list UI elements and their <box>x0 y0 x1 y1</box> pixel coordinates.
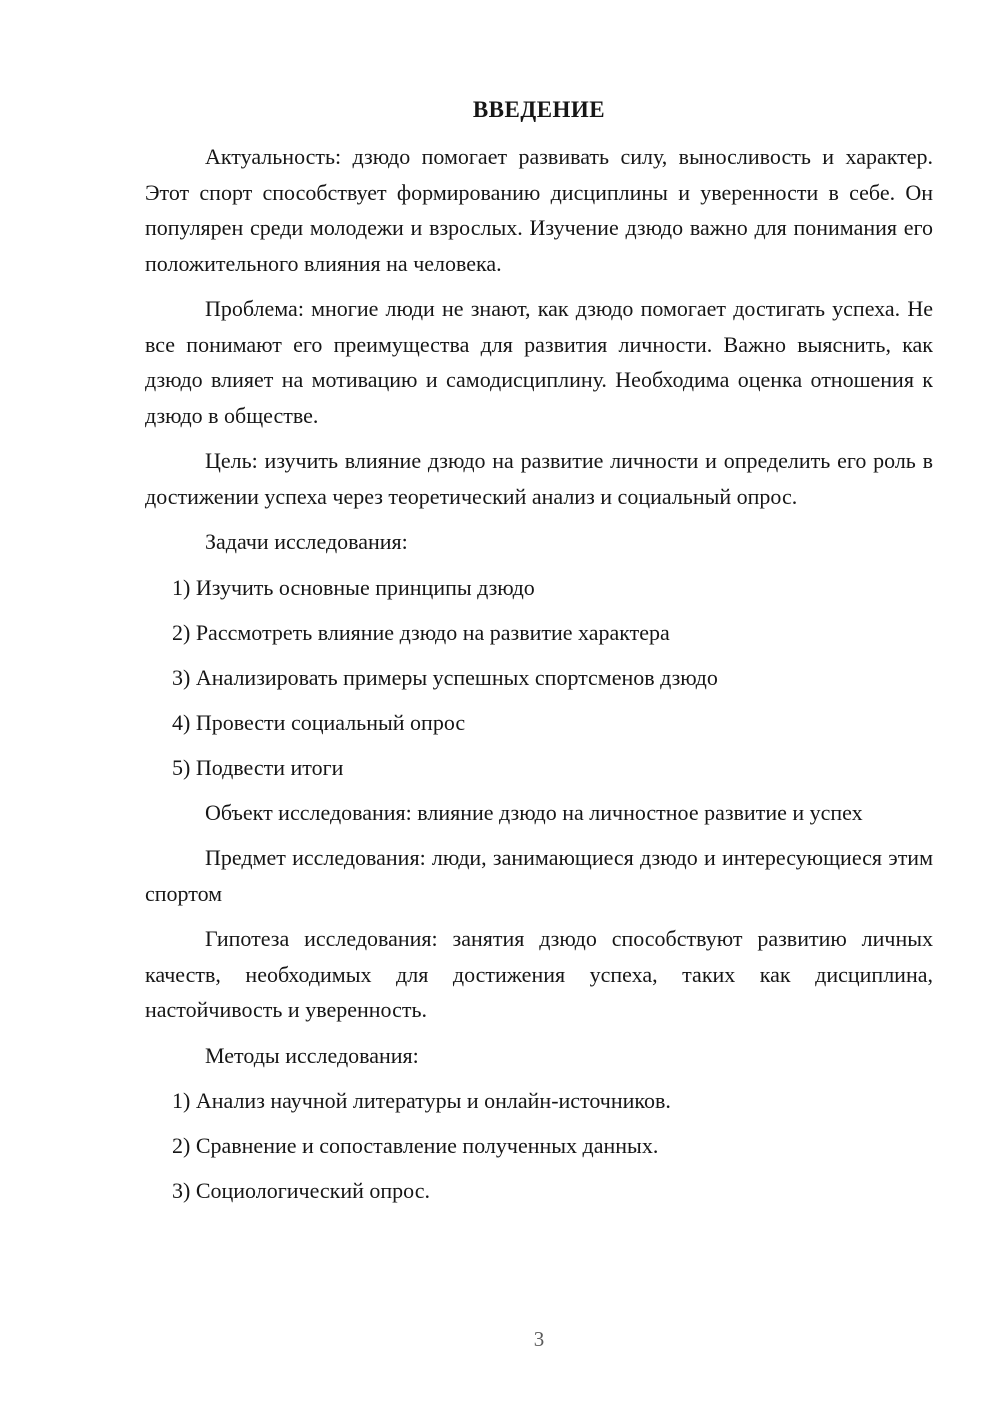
paragraph-problem: Проблема: многие люди не знают, как дзюд… <box>145 291 933 433</box>
list-item-method-3: 3) Социологический опрос. <box>145 1173 933 1209</box>
list-item-method-1: 1) Анализ научной литературы и онлайн-ис… <box>145 1083 933 1119</box>
document-page: ВВЕДЕНИЕ Актуальность: дзюдо помогает ра… <box>0 0 1000 1414</box>
list-item-task-5: 5) Подвести итоги <box>145 750 933 786</box>
page-number: 3 <box>145 1324 933 1354</box>
paragraph-actuality: Актуальность: дзюдо помогает развивать с… <box>145 139 933 281</box>
list-item-task-1: 1) Изучить основные принципы дзюдо <box>145 570 933 606</box>
list-item-task-3: 3) Анализировать примеры успешных спортс… <box>145 660 933 696</box>
list-item-task-4: 4) Провести социальный опрос <box>145 705 933 741</box>
paragraph-object: Объект исследования: влияние дзюдо на ли… <box>145 795 933 831</box>
paragraph-hypothesis: Гипотеза исследования: занятия дзюдо спо… <box>145 921 933 1028</box>
paragraph-goal: Цель: изучить влияние дзюдо на развитие … <box>145 443 933 514</box>
list-item-method-2: 2) Сравнение и сопоставление полученных … <box>145 1128 933 1164</box>
paragraph-subject: Предмет исследования: люди, занимающиеся… <box>145 840 933 911</box>
paragraph-tasks-heading: Задачи исследования: <box>145 524 933 560</box>
document-content: ВВЕДЕНИЕ Актуальность: дзюдо помогает ра… <box>145 92 933 1218</box>
list-item-task-2: 2) Рассмотреть влияние дзюдо на развитие… <box>145 615 933 651</box>
paragraph-methods-heading: Методы исследования: <box>145 1038 933 1074</box>
page-title: ВВЕДЕНИЕ <box>145 92 933 128</box>
